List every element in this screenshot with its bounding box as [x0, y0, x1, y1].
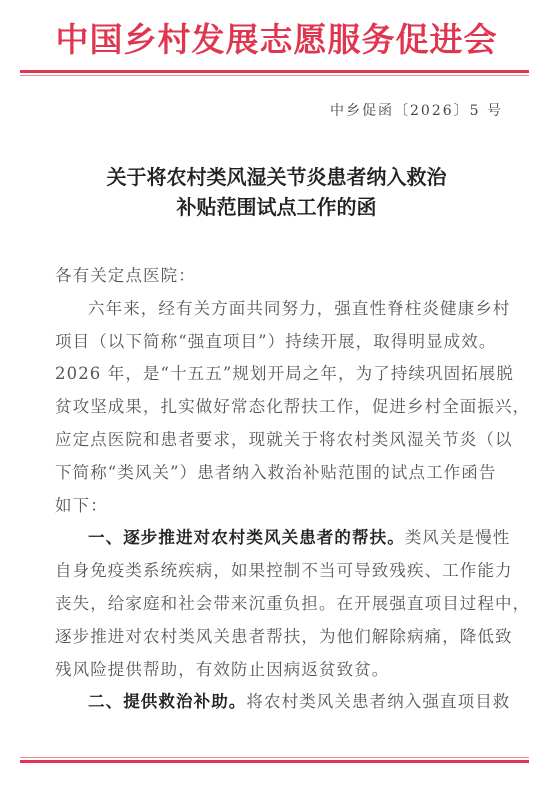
intro-line: 六年来，经有关方面共同努力，强直性脊柱炎健康乡村: [55, 293, 499, 326]
intro-line: 如下：: [55, 490, 499, 523]
section-1-first-line: 一、逐步推进对农村类风关患者的帮扶。类风关是慢性: [55, 522, 499, 555]
intro-line: 2026 年，是“十五五”规划开局之年，为了持续巩固拓展脱: [55, 358, 499, 391]
footer-rule-thin: [20, 757, 529, 758]
section-2-text: 将农村类风关患者纳入强直项目救: [246, 692, 510, 711]
intro-line: 项目（以下简称“强直项目”）持续开展，取得明显成效。: [55, 326, 499, 359]
doc-number: 中乡促函〔2026〕5 号: [330, 100, 503, 120]
letter-body: 各有关定点医院： 六年来，经有关方面共同努力，强直性脊柱炎健康乡村 项目（以下简…: [55, 260, 499, 719]
intro-line: 下简称“类风关”）患者纳入救治补贴范围的试点工作函告: [55, 457, 499, 490]
intro-line: 应定点医院和患者要求，现就关于将农村类风湿关节炎（以: [55, 424, 499, 457]
doc-title: 关于将农村类风湿关节炎患者纳入救治 补贴范围试点工作的函: [0, 162, 553, 222]
org-header-title: 中国乡村发展志愿服务促进会: [0, 18, 553, 62]
section-1-line: 丧失，给家庭和社会带来沉重负担。在开展强直项目过程中，: [55, 588, 499, 621]
section-1-heading: 一、逐步推进对农村类风关患者的帮扶。: [88, 528, 405, 547]
intro-line: 贫攻坚成果，扎实做好常态化帮扶工作，促进乡村全面振兴，: [55, 391, 499, 424]
section-1-line: 残风险提供帮助，有效防止因病返贫致贫。: [55, 654, 499, 687]
header-rule-thin: [20, 75, 529, 76]
section-1-line: 自身免疫类系统疾病，如果控制不当可导致残疾、工作能力: [55, 555, 499, 588]
section-1-line: 逐步推进对农村类风关患者帮扶，为他们解除病痛，降低致: [55, 621, 499, 654]
footer-rule-thick: [20, 760, 529, 763]
salutation: 各有关定点医院：: [55, 260, 499, 293]
section-1-text: 类风关是慢性: [405, 528, 511, 547]
doc-title-line-2: 补贴范围试点工作的函: [0, 192, 553, 222]
doc-title-line-1: 关于将农村类风湿关节炎患者纳入救治: [0, 162, 553, 192]
section-2-first-line: 二、提供救治补助。将农村类风关患者纳入强直项目救: [55, 686, 499, 719]
header-rule-thick: [20, 70, 529, 73]
section-2-heading: 二、提供救治补助。: [88, 692, 246, 711]
